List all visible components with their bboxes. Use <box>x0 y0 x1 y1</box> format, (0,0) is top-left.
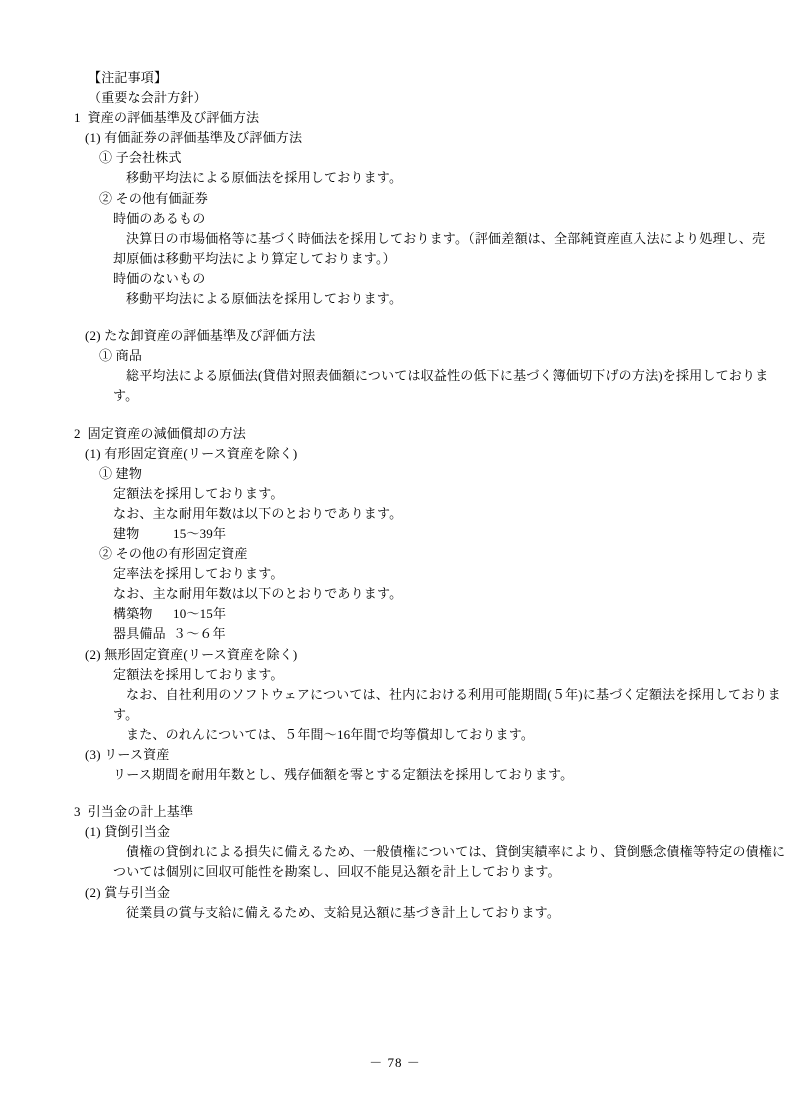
blank-line <box>60 309 740 326</box>
doc-line: なお、主な耐用年数は以下のとおりであります。 <box>60 504 740 524</box>
doc-line: 定額法を採用しております。 <box>60 665 740 685</box>
item-heading: ① 建物 <box>60 464 740 484</box>
useful-life-row: 建物15～39年 <box>60 524 740 544</box>
subsection-heading: (1) 有形固定資産(リース資産を除く) <box>60 444 740 464</box>
useful-life-label: 器具備品 <box>113 624 173 644</box>
subsection-heading: (2) 賞与引当金 <box>60 883 740 903</box>
item-heading: ② その他有価証券 <box>60 189 740 209</box>
blank-line <box>60 407 740 424</box>
doc-line: 総平均法による原価法(貸借対照表価額については収益性の低下に基づく簿価切下げの方… <box>60 366 740 386</box>
page-number: － 78 － <box>369 1055 421 1070</box>
useful-life-row: 器具備品３～６年 <box>60 624 740 644</box>
notes-title: 【注記事項】 <box>60 68 740 88</box>
doc-line: なお、自社利用のソフトウェアについては、社内における利用可能期間(５年)に基づく… <box>60 685 740 705</box>
subsection-heading: (1) 貸倒引当金 <box>60 822 740 842</box>
page-footer: － 78 － <box>0 1052 790 1071</box>
doc-line: す。 <box>60 705 740 725</box>
doc-line: なお、主な耐用年数は以下のとおりであります。 <box>60 584 740 604</box>
item-heading: ① 子会社株式 <box>60 148 740 168</box>
subsection-heading: (3) リース資産 <box>60 745 740 765</box>
item-heading: ① 商品 <box>60 346 740 366</box>
doc-line: 時価のあるもの <box>60 209 740 229</box>
doc-line: 却原価は移動平均法により算定しております。） <box>60 249 740 269</box>
doc-line: 時価のないもの <box>60 269 740 289</box>
section-3-heading: 3 引当金の計上基準 <box>60 802 740 822</box>
useful-life-value: ３～６年 <box>173 626 226 641</box>
doc-line: 移動平均法による原価法を採用しております。 <box>60 168 740 188</box>
section-2-heading: 2 固定資産の減価償却の方法 <box>60 424 740 444</box>
blank-line <box>60 785 740 802</box>
subsection-heading: (2) 無形固定資産(リース資産を除く) <box>60 645 740 665</box>
subsection-heading: (1) 有価証券の評価基準及び評価方法 <box>60 128 740 148</box>
useful-life-value: 10～15年 <box>173 606 226 621</box>
item-heading: ② その他の有形固定資産 <box>60 544 740 564</box>
useful-life-value: 15～39年 <box>173 526 226 541</box>
doc-line: す。 <box>60 386 740 406</box>
doc-line: 移動平均法による原価法を採用しております。 <box>60 289 740 309</box>
doc-line: 定率法を採用しております。 <box>60 564 740 584</box>
useful-life-row: 構築物10～15年 <box>60 604 740 624</box>
significant-accounting-policies-subtitle: （重要な会計方針） <box>60 88 740 108</box>
doc-line: ついては個別に回収可能性を勘案し、回収不能見込額を計上しております。 <box>60 862 740 882</box>
doc-line: リース期間を耐用年数とし、残存価額を零とする定額法を採用しております。 <box>60 765 740 785</box>
useful-life-label: 建物 <box>113 524 173 544</box>
useful-life-label: 構築物 <box>113 604 173 624</box>
doc-line: また、のれんについては、５年間～16年間で均等償却しております。 <box>60 725 740 745</box>
doc-line: 決算日の市場価格等に基づく時価法を採用しております。（評価差額は、全部純資産直入… <box>60 229 740 249</box>
subsection-heading: (2) たな卸資産の評価基準及び評価方法 <box>60 326 740 346</box>
doc-line: 債権の貸倒れによる損失に備えるため、一般債権については、貸倒実績率により、貸倒懸… <box>60 842 740 862</box>
section-1-heading: 1 資産の評価基準及び評価方法 <box>60 108 740 128</box>
document-body: 【注記事項】（重要な会計方針）1 資産の評価基準及び評価方法(1) 有価証券の評… <box>60 68 740 923</box>
document-page: 【注記事項】（重要な会計方針）1 資産の評価基準及び評価方法(1) 有価証券の評… <box>0 0 790 1118</box>
doc-line: 定額法を採用しております。 <box>60 484 740 504</box>
doc-line: 従業員の賞与支給に備えるため、支給見込額に基づき計上しております。 <box>60 903 740 923</box>
